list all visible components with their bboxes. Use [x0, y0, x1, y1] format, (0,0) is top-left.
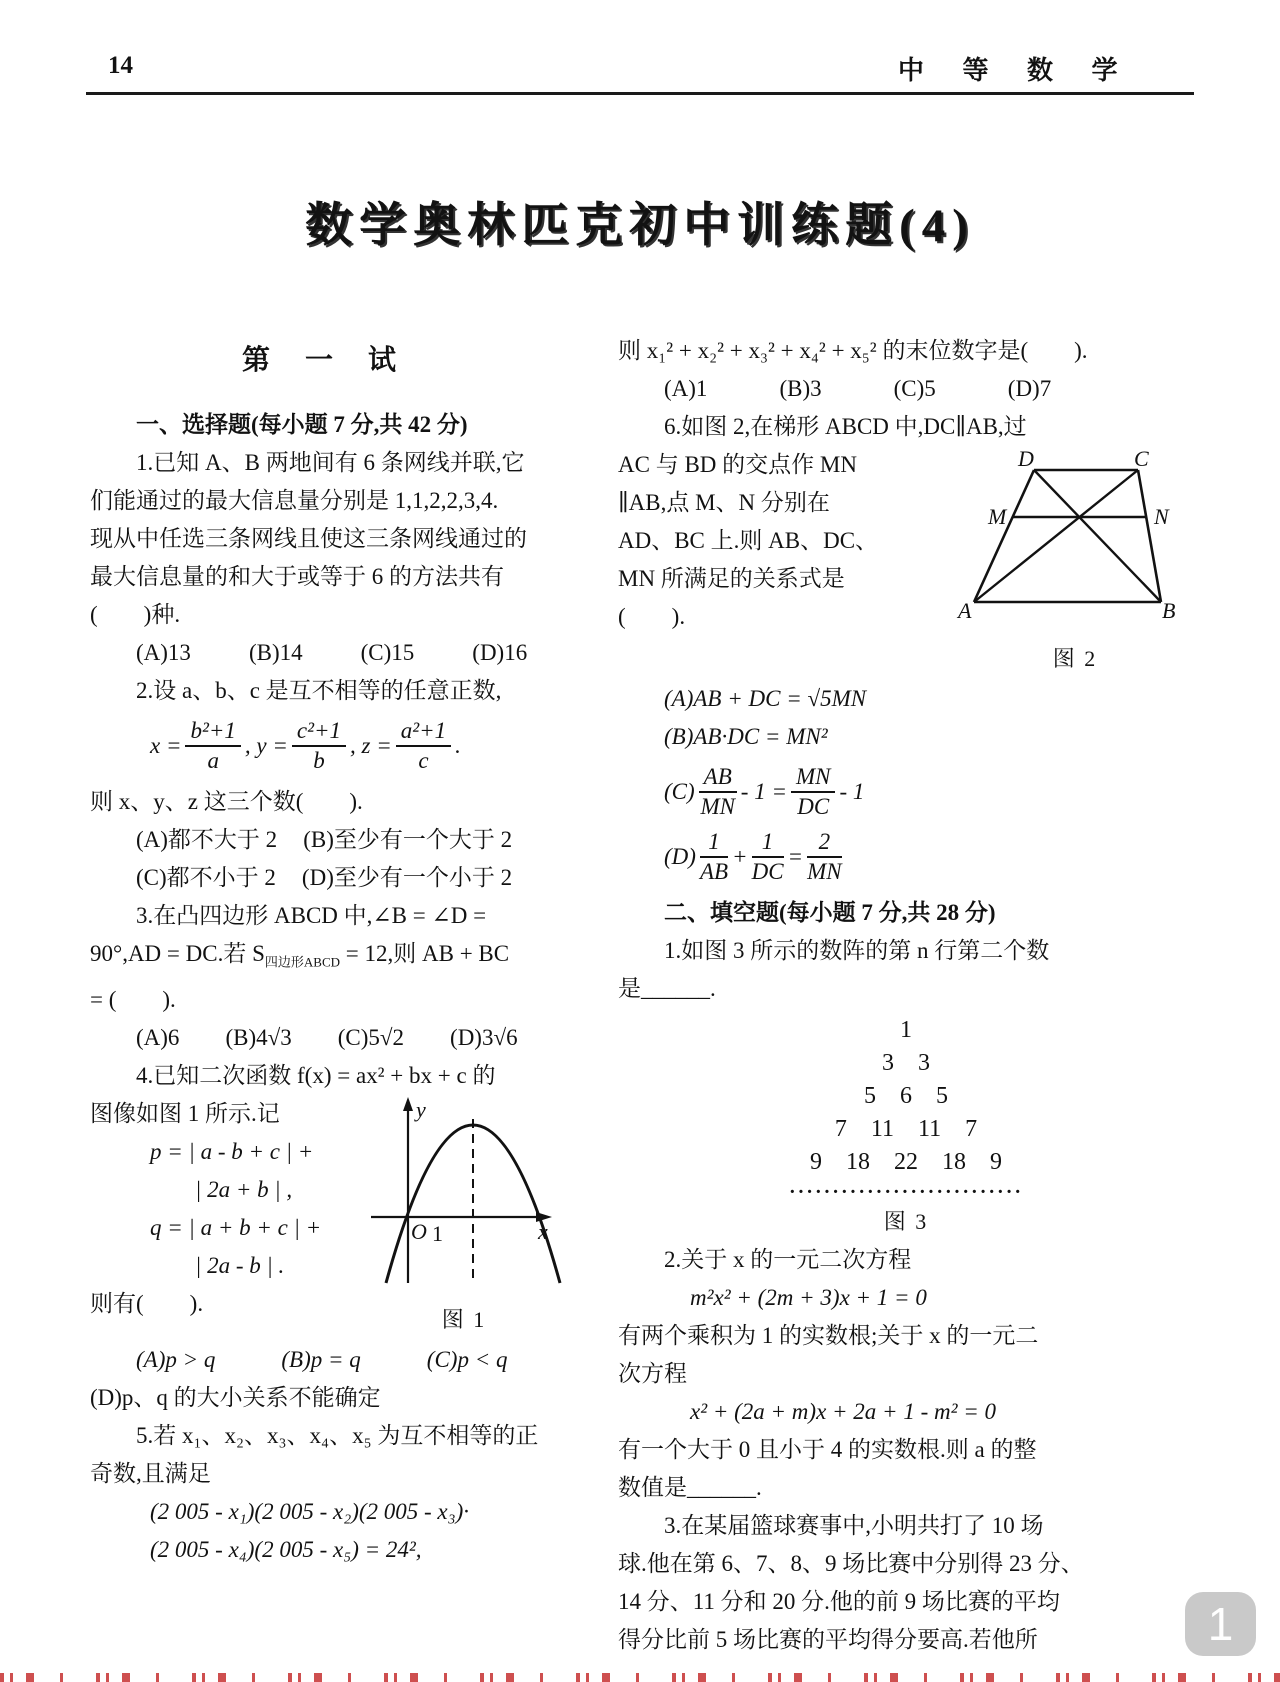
- point-M-label: M: [987, 504, 1008, 529]
- numerator: 2: [807, 829, 842, 858]
- parabola-figure: y x O 1: [366, 1095, 562, 1287]
- denominator: MN: [699, 793, 737, 820]
- numerator: AB: [699, 764, 737, 793]
- option: (C)5√2: [338, 1019, 404, 1057]
- option: (B)p = q: [281, 1341, 360, 1379]
- figure-2: D C M N A B 图 2: [956, 450, 1194, 678]
- math-text: (D): [664, 838, 696, 876]
- fraction: 1DC: [752, 829, 784, 886]
- triangle-row: 7 11 11 7: [726, 1113, 1086, 1146]
- area-subscript: 四边形ABCD: [265, 954, 340, 969]
- option: (A)p > q: [136, 1341, 215, 1379]
- numerator: MN: [791, 764, 836, 793]
- tick-one-label: 1: [432, 1221, 443, 1246]
- math-text: = 12,则 AB + BC: [340, 941, 509, 966]
- fraction: 1AB: [700, 829, 728, 886]
- section-choice-heading: 一、选择题(每小题 7 分,共 42 分): [90, 406, 562, 444]
- q5-line: 奇数,且满足: [90, 1455, 562, 1493]
- q1-line: ( )种.: [90, 596, 562, 634]
- math-text: x =: [150, 727, 181, 765]
- point-N-label: N: [1153, 504, 1170, 529]
- option: (D)16: [472, 634, 527, 672]
- q4-line: 4.已知二次函数 f(x) = ax² + bx + c 的: [90, 1057, 562, 1095]
- fill3-line: 14 分、11 分和 20 分.他的前 9 场比赛的平均: [618, 1583, 1194, 1621]
- figure-2-caption: 图 2: [956, 640, 1194, 678]
- numerator: 1: [700, 829, 728, 858]
- numerator: 1: [752, 829, 784, 858]
- q1-line: 1.已知 A、B 两地间有 6 条网线并联,它: [90, 444, 562, 482]
- math-text: - 1 =: [741, 773, 787, 811]
- q5-options-row: (A)1 (B)3 (C)5 (D)7: [618, 370, 1194, 408]
- denominator: DC: [791, 793, 836, 820]
- q1-line: 最大信息量的和大于或等于 6 的方法共有: [90, 558, 562, 596]
- math-text: (C): [664, 773, 695, 811]
- fill1-line: 1.如图 3 所示的数阵的第 n 行第二个数: [618, 932, 1194, 970]
- math-text: =: [788, 838, 804, 876]
- q6-line: 6.如图 2,在梯形 ABCD 中,DC∥AB,过: [618, 408, 1194, 446]
- diagonal-AC: [974, 470, 1138, 602]
- fraction: MNDC: [791, 764, 836, 821]
- fill2-line: 2.关于 x 的一元二次方程: [618, 1241, 1194, 1279]
- math-text: , y =: [245, 727, 288, 765]
- q3-line: 90°,AD = DC.若 S四边形ABCD = 12,则 AB + BC: [90, 935, 562, 982]
- option: (C)都不小于 2: [136, 859, 276, 897]
- option: (B)4√3: [225, 1019, 291, 1057]
- side-AD: [974, 470, 1034, 602]
- y-axis-label: y: [414, 1097, 426, 1122]
- page-indicator-badge: 1: [1185, 1592, 1256, 1656]
- fraction: a²+1c: [396, 718, 451, 775]
- part-one-heading: 第 一 试: [90, 342, 562, 380]
- header-rule: [86, 92, 1194, 95]
- q5-continuation: 则 x₁² + x₂² + x₃² + x₄² + x₅² 的末位数字是( ).: [618, 332, 1194, 370]
- q6-option-b: (B)AB·DC = MN²: [618, 718, 1194, 756]
- q5-line: 5.若 x₁、x₂、x₃、x₄、x₅ 为互不相等的正: [90, 1417, 562, 1455]
- fill3-line: 得分比前 5 场比赛的平均得分要高.若他所: [618, 1621, 1194, 1659]
- option: (C)p < q: [427, 1341, 508, 1379]
- fill2-equation: x² + (2a + m)x + 2a + 1 - m² = 0: [618, 1393, 1194, 1431]
- option: (B)至少有一个大于 2: [303, 821, 512, 859]
- q6-block: D C M N A B 图 2 AC 与 BD 的交点作 MN ∥AB,点 M、…: [618, 446, 1194, 636]
- q5-equation: (2 005 - x₁)(2 005 - x₂)(2 005 - x₃)·: [90, 1493, 562, 1531]
- denominator: c: [396, 747, 451, 774]
- fill3-line: 球.他在第 6、7、8、9 场比赛中分别得 23 分、: [618, 1545, 1194, 1583]
- q2-options-row-1: (A)都不大于 2 (B)至少有一个大于 2: [90, 821, 562, 859]
- page-title: 数学奥林匹克初中训练题(4): [0, 188, 1280, 255]
- vertex-C-label: C: [1134, 450, 1149, 471]
- math-text: - 1: [839, 773, 864, 811]
- fraction: 2MN: [807, 829, 842, 886]
- q2-intro: 2.设 a、b、c 是互不相等的任意正数,: [90, 672, 562, 710]
- denominator: b: [292, 747, 346, 774]
- q1-options-row: (A)13 (B)14 (C)15 (D)16: [90, 634, 562, 672]
- q1-line: 现从中任选三条网线且使这三条网线通过的: [90, 520, 562, 558]
- vertex-B-label: B: [1162, 598, 1175, 623]
- option: (A)都不大于 2: [136, 821, 277, 859]
- fill2-line: 有一个大于 0 且小于 4 的实数根.则 a 的整: [618, 1431, 1194, 1469]
- fill2-line: 数值是______.: [618, 1469, 1194, 1507]
- fraction: ABMN: [699, 764, 737, 821]
- triangle-row: 9 18 22 18 9: [726, 1146, 1086, 1179]
- y-axis-arrow: [403, 1097, 413, 1111]
- fraction: b²+1a: [185, 718, 240, 775]
- numerator: a²+1: [396, 718, 451, 747]
- figure-1: y x O 1 图 1: [366, 1095, 562, 1339]
- option: (B)14: [249, 634, 303, 672]
- number-triangle: 1 3 3 5 6 5 7 11 11 7 9 18 22 18 9: [726, 1014, 1086, 1179]
- fill3-line: 3.在某届篮球赛事中,小明共打了 10 场: [618, 1507, 1194, 1545]
- option: (D)3√6: [450, 1019, 518, 1057]
- q6-option-d: (D) 1AB + 1DC = 2MN: [618, 829, 1194, 886]
- option: (A)6: [136, 1019, 179, 1057]
- q2-options-row-2: (C)都不小于 2 (D)至少有一个小于 2: [90, 859, 562, 897]
- page-number: 14: [108, 52, 133, 80]
- q3-options-row: (A)6 (B)4√3 (C)5√2 (D)3√6: [90, 1019, 562, 1057]
- option: (C)5: [894, 370, 936, 408]
- math-text: 90°,AD = DC.若 S: [90, 941, 265, 966]
- x-axis-label: x: [537, 1219, 548, 1244]
- triangle-ellipsis-dots: ···························: [618, 1179, 1194, 1205]
- option: (D)7: [1008, 370, 1051, 408]
- section-fill-heading: 二、填空题(每小题 7 分,共 28 分): [618, 894, 1194, 932]
- triangle-row: 5 6 5: [726, 1080, 1086, 1113]
- q4-block: y x O 1 图 1 图像如图 1 所示.记 p = | a - b + c …: [90, 1095, 562, 1323]
- denominator: AB: [700, 858, 728, 885]
- q5-equation: (2 005 - x₄)(2 005 - x₅) = 24²,: [90, 1531, 562, 1569]
- q1-line: 们能通过的最大信息量分别是 1,1,2,2,3,4.: [90, 482, 562, 520]
- numerator: b²+1: [185, 718, 240, 747]
- numerator: c²+1: [292, 718, 346, 747]
- option: (D)至少有一个小于 2: [302, 859, 512, 897]
- vertex-A-label: A: [956, 598, 972, 623]
- triangle-row: 1: [726, 1014, 1086, 1047]
- q6-option-c: (C) ABMN - 1 = MNDC - 1: [618, 764, 1194, 821]
- math-text: , z =: [350, 727, 392, 765]
- q2-then: 则 x、y、z 这三个数( ).: [90, 783, 562, 821]
- triangle-row: 3 3: [726, 1047, 1086, 1080]
- option: (B)3: [779, 370, 821, 408]
- figure-3-caption: 图 3: [618, 1205, 1194, 1239]
- q2-formula: x = b²+1a , y = c²+1b , z = a²+1c .: [90, 718, 562, 775]
- journal-name: 中 等 数 学: [898, 50, 1134, 87]
- option: (A)1: [664, 370, 707, 408]
- fraction: c²+1b: [292, 718, 346, 775]
- q3-line: = ( ).: [90, 981, 562, 1019]
- math-text: +: [732, 838, 748, 876]
- fill2-line: 次方程: [618, 1355, 1194, 1393]
- math-text: .: [455, 727, 461, 765]
- vertex-D-label: D: [1017, 450, 1034, 471]
- fill2-line: 有两个乘积为 1 的实数根;关于 x 的一元二: [618, 1317, 1194, 1355]
- denominator: a: [185, 747, 240, 774]
- scanned-journal-page: 14 中 等 数 学 数学奥林匹克初中训练题(4) 第 一 试 一、选择题(每小…: [0, 0, 1280, 1682]
- fill2-equation: m²x² + (2m + 3)x + 1 = 0: [618, 1279, 1194, 1317]
- q3-line: 3.在凸四边形 ABCD 中,∠B = ∠D =: [90, 897, 562, 935]
- trapezoid-figure: D C M N A B: [956, 450, 1194, 626]
- right-column: 则 x₁² + x₂² + x₃² + x₄² + x₅² 的末位数字是( ).…: [618, 332, 1194, 1659]
- red-watermark-strip: [0, 1673, 1280, 1682]
- option: (A)13: [136, 634, 191, 672]
- q4-options-row-1: (A)p > q (B)p = q (C)p < q: [90, 1341, 562, 1379]
- q6-option-a: (A)AB + DC = √5MN: [618, 680, 1194, 718]
- denominator: DC: [752, 858, 784, 885]
- fill1-line: 是______.: [618, 970, 1194, 1008]
- figure-1-caption: 图 1: [366, 1301, 562, 1339]
- q4-option-d: (D)p、q 的大小关系不能确定: [90, 1379, 562, 1417]
- left-column: 第 一 试 一、选择题(每小题 7 分,共 42 分) 1.已知 A、B 两地间…: [90, 336, 562, 1569]
- option: (C)15: [361, 634, 415, 672]
- denominator: MN: [807, 858, 842, 885]
- origin-label: O: [411, 1219, 427, 1244]
